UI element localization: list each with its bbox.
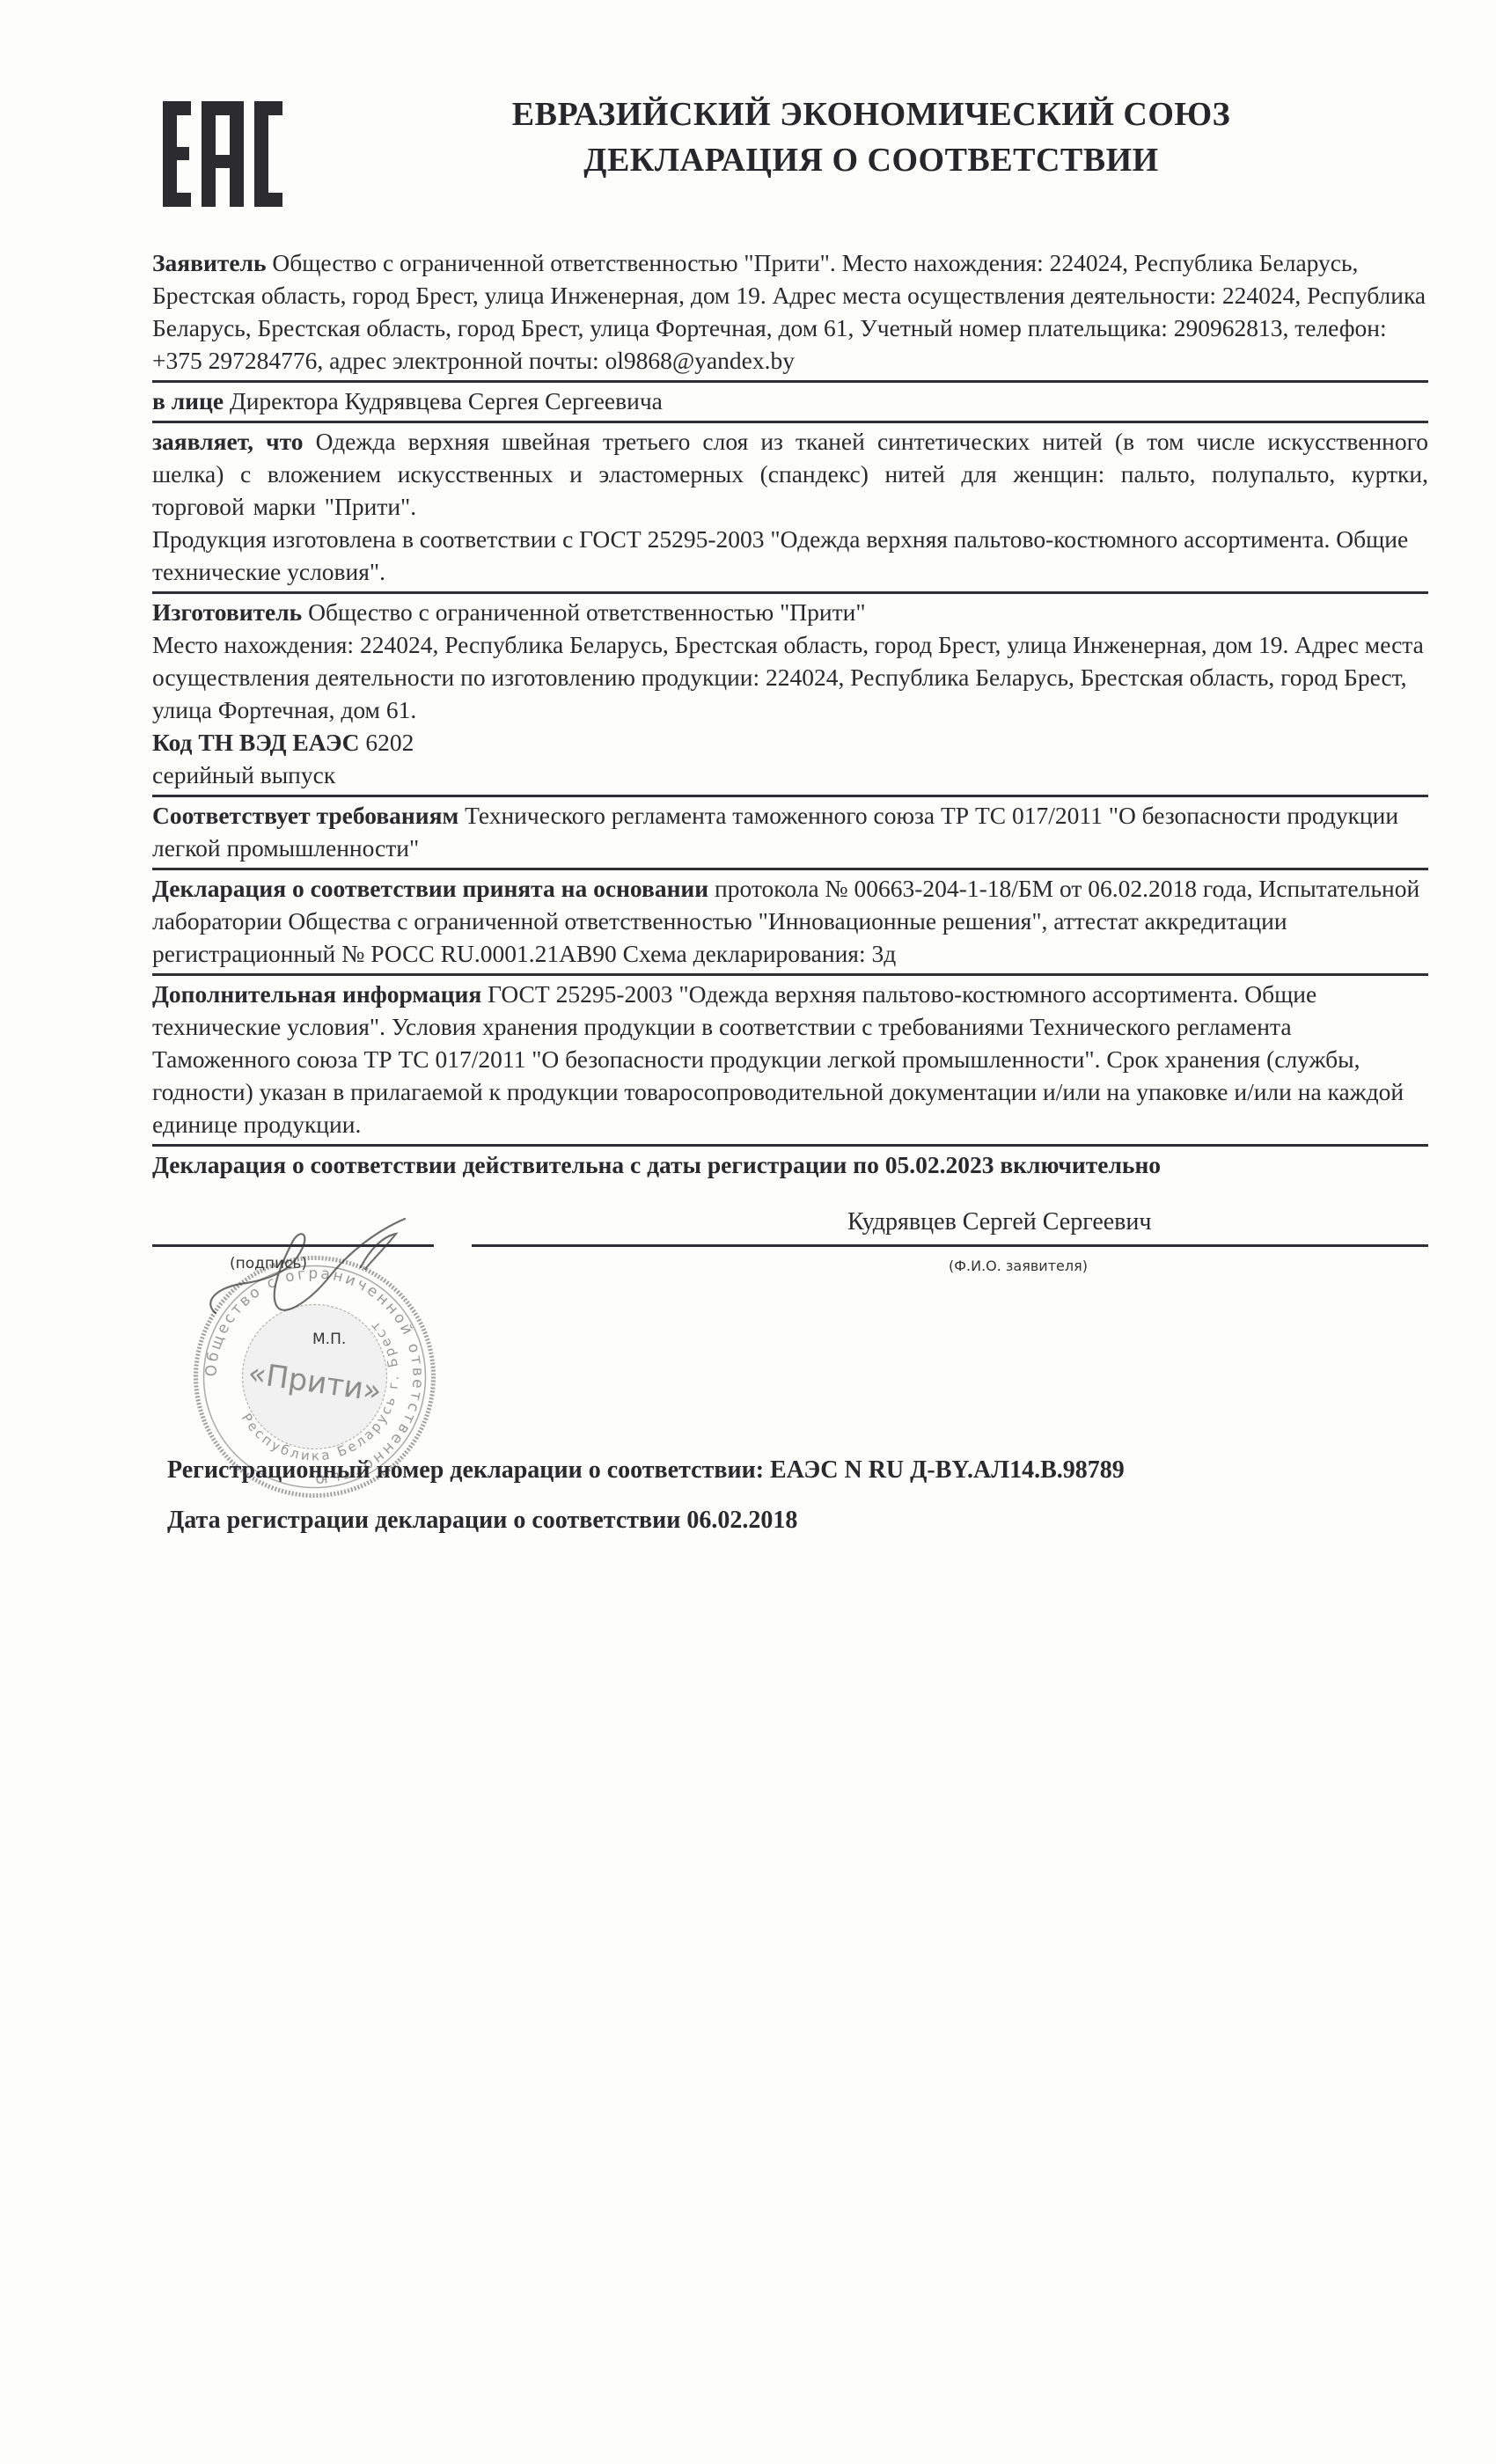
validity-text: Декларация о соответствии действительна … [152, 1148, 1428, 1181]
manufacturer-label: Изготовитель [152, 598, 302, 626]
title-union: ЕВРАЗИЙСКИЙ ЭКОНОМИЧЕСКИЙ СОЮЗ [405, 92, 1338, 137]
eac-logo [161, 99, 284, 209]
compliance-label: Соответствует требованиям [152, 802, 458, 829]
hs-code-value: 6202 [359, 729, 414, 756]
name-caption: (Ф.И.О. заявителя) [949, 1250, 1088, 1282]
manufacturer-address: Место нахождения: 224024, Республика Бел… [152, 628, 1428, 726]
product-standard: Продукция изготовлена в соответствии с Г… [152, 523, 1428, 588]
compliance-section: Соответствует требованиям Технического р… [152, 797, 1428, 870]
declares-section: заявляет, что Одежда верхняя швейная тре… [152, 423, 1428, 594]
applicant-section: Заявитель Общество с ограниченной ответс… [152, 245, 1428, 383]
basis-label: Декларация о соответствии принята на осн… [152, 875, 708, 902]
validity-section: Декларация о соответствии действительна … [152, 1147, 1428, 1184]
additional-section: Дополнительная информация ГОСТ 25295-200… [152, 976, 1428, 1147]
title-declaration: ДЕКЛАРАЦИЯ О СООТВЕТСТВИИ [405, 137, 1338, 183]
document-title: ЕВРАЗИЙСКИЙ ЭКОНОМИЧЕСКИЙ СОЮЗ ДЕКЛАРАЦИ… [405, 92, 1338, 183]
represented-text: Директора Кудрявцева Сергея Сергеевича [224, 387, 663, 414]
additional-label: Дополнительная информация [152, 980, 481, 1008]
registration-date: Дата регистрации декларации о соответств… [167, 1507, 797, 1535]
manufacturer-section: Изготовитель Общество с ограниченной отв… [152, 594, 1428, 797]
hs-code-label: Код ТН ВЭД ЕАЭС [152, 729, 359, 756]
manufacturer-name: Общество с ограниченной ответственностью… [302, 598, 865, 626]
applicant-name: Кудрявцев Сергей Сергеевич [847, 1206, 1151, 1238]
name-line [472, 1244, 1428, 1247]
release-type: серийный выпуск [152, 759, 1428, 791]
applicant-label: Заявитель [152, 249, 267, 276]
handwritten-signature [198, 1214, 427, 1329]
signature-scribble-icon [198, 1214, 427, 1329]
registration-number: Регистрационный номер декларации о соотв… [167, 1456, 1125, 1485]
represented-section: в лице Директора Кудрявцева Сергея Серге… [152, 383, 1428, 423]
seal-placeholder-label: М.П. [312, 1331, 346, 1348]
product-description: Одежда верхняя швейная третьего слоя из … [152, 428, 1428, 520]
applicant-text: Общество с ограниченной ответственностью… [152, 249, 1426, 374]
eac-mark-icon [161, 99, 284, 209]
declares-label: заявляет, что [152, 428, 304, 455]
basis-section: Декларация о соответствии принята на осн… [152, 870, 1428, 976]
declaration-body: Заявитель Общество с ограниченной ответс… [152, 245, 1428, 1290]
represented-label: в лице [152, 387, 224, 414]
